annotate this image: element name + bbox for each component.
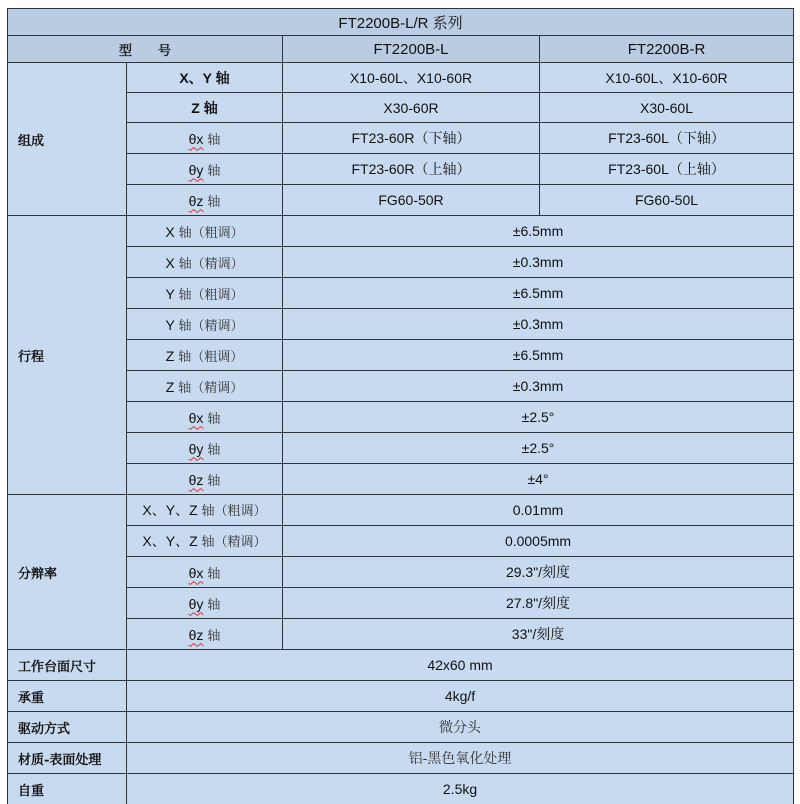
value: ±4° bbox=[283, 464, 794, 495]
theta-symbol: θx bbox=[189, 131, 204, 147]
group-label-resolution: 分辩率 bbox=[8, 495, 127, 650]
axis-label: θz 轴 bbox=[127, 619, 283, 650]
value-left: FT23-60R（上轴） bbox=[283, 154, 540, 185]
axis-label: θy 轴 bbox=[127, 433, 283, 464]
table-row: 工作台面尺寸 42x60 mm bbox=[8, 650, 794, 681]
theta-symbol: θz bbox=[189, 472, 204, 488]
axis-label: Z 轴（粗调） bbox=[127, 340, 283, 371]
table-title-row: FT2200B-L/R 系列 bbox=[8, 9, 794, 36]
value: ±0.3mm bbox=[283, 247, 794, 278]
value: 0.0005mm bbox=[283, 526, 794, 557]
model-label: 型 号 bbox=[8, 36, 283, 63]
spec-value: 微分头 bbox=[127, 712, 794, 743]
axis-label: X、Y、Z 轴（精调） bbox=[127, 526, 283, 557]
spec-value: 铝-黑色氧化处理 bbox=[127, 743, 794, 774]
axis-label: X 轴（粗调） bbox=[127, 216, 283, 247]
value-left: FG60-50R bbox=[283, 185, 540, 216]
axis-label: Y 轴（粗调） bbox=[127, 278, 283, 309]
table-row: 自重 2.5kg bbox=[8, 774, 794, 804]
theta-symbol: θy bbox=[189, 162, 204, 178]
axis-label: θz 轴 bbox=[127, 185, 283, 216]
axis-label: θx 轴 bbox=[127, 402, 283, 433]
axis-label: θy 轴 bbox=[127, 154, 283, 185]
value: ±6.5mm bbox=[283, 340, 794, 371]
value-right: FG60-50L bbox=[540, 185, 794, 216]
axis-label: θx 轴 bbox=[127, 557, 283, 588]
axis-label: X、Y 轴 bbox=[127, 63, 283, 93]
value: 0.01mm bbox=[283, 495, 794, 526]
spec-table: FT2200B-L/R 系列 型 号 FT2200B-L FT2200B-R 组… bbox=[7, 8, 794, 804]
spec-value: 42x60 mm bbox=[127, 650, 794, 681]
spec-label: 承重 bbox=[8, 681, 127, 712]
spec-label: 工作台面尺寸 bbox=[8, 650, 127, 681]
spec-value: 2.5kg bbox=[127, 774, 794, 804]
value: 29.3"/刻度 bbox=[283, 557, 794, 588]
group-label-travel: 行程 bbox=[8, 216, 127, 495]
axis-label: Z 轴 bbox=[127, 93, 283, 123]
value-left: FT23-60R（下轴） bbox=[283, 123, 540, 154]
axis-label: θy 轴 bbox=[127, 588, 283, 619]
value-left: X10-60L、X10-60R bbox=[283, 63, 540, 93]
theta-symbol: θx bbox=[189, 565, 204, 581]
value: ±2.5° bbox=[283, 402, 794, 433]
theta-symbol: θy bbox=[189, 441, 204, 457]
value-left: X30-60R bbox=[283, 93, 540, 123]
value: ±6.5mm bbox=[283, 278, 794, 309]
spec-label: 自重 bbox=[8, 774, 127, 804]
spec-label: 驱动方式 bbox=[8, 712, 127, 743]
value-right: X30-60L bbox=[540, 93, 794, 123]
theta-symbol: θx bbox=[189, 410, 204, 426]
table-row: 分辩率 X、Y、Z 轴（粗调） 0.01mm bbox=[8, 495, 794, 526]
table-row: 承重 4kg/f bbox=[8, 681, 794, 712]
theta-symbol: θy bbox=[189, 596, 204, 612]
model-r-header: FT2200B-R bbox=[540, 36, 794, 63]
value: ±0.3mm bbox=[283, 371, 794, 402]
axis-label: Z 轴（精调） bbox=[127, 371, 283, 402]
axis-label: θz 轴 bbox=[127, 464, 283, 495]
value-right: FT23-60L（下轴） bbox=[540, 123, 794, 154]
value: ±2.5° bbox=[283, 433, 794, 464]
value: 27.8"/刻度 bbox=[283, 588, 794, 619]
axis-label: Y 轴（精调） bbox=[127, 309, 283, 340]
value-right: X10-60L、X10-60R bbox=[540, 63, 794, 93]
spec-value: 4kg/f bbox=[127, 681, 794, 712]
axis-label: θx 轴 bbox=[127, 123, 283, 154]
value: ±0.3mm bbox=[283, 309, 794, 340]
value: ±6.5mm bbox=[283, 216, 794, 247]
axis-label: X 轴（精调） bbox=[127, 247, 283, 278]
spec-label: 材质-表面处理 bbox=[8, 743, 127, 774]
model-l-header: FT2200B-L bbox=[283, 36, 540, 63]
table-row: 材质-表面处理 铝-黑色氧化处理 bbox=[8, 743, 794, 774]
axis-label: X、Y、Z 轴（粗调） bbox=[127, 495, 283, 526]
model-header-row: 型 号 FT2200B-L FT2200B-R bbox=[8, 36, 794, 63]
value-right: FT23-60L（上轴） bbox=[540, 154, 794, 185]
group-label-composition: 组成 bbox=[8, 63, 127, 216]
theta-symbol: θz bbox=[189, 627, 204, 643]
table-row: 驱动方式 微分头 bbox=[8, 712, 794, 743]
value: 33"/刻度 bbox=[283, 619, 794, 650]
table-row: 行程 X 轴（粗调） ±6.5mm bbox=[8, 216, 794, 247]
theta-symbol: θz bbox=[189, 193, 204, 209]
table-row: 组成 X、Y 轴 X10-60L、X10-60R X10-60L、X10-60R bbox=[8, 63, 794, 93]
table-title: FT2200B-L/R 系列 bbox=[8, 9, 794, 36]
